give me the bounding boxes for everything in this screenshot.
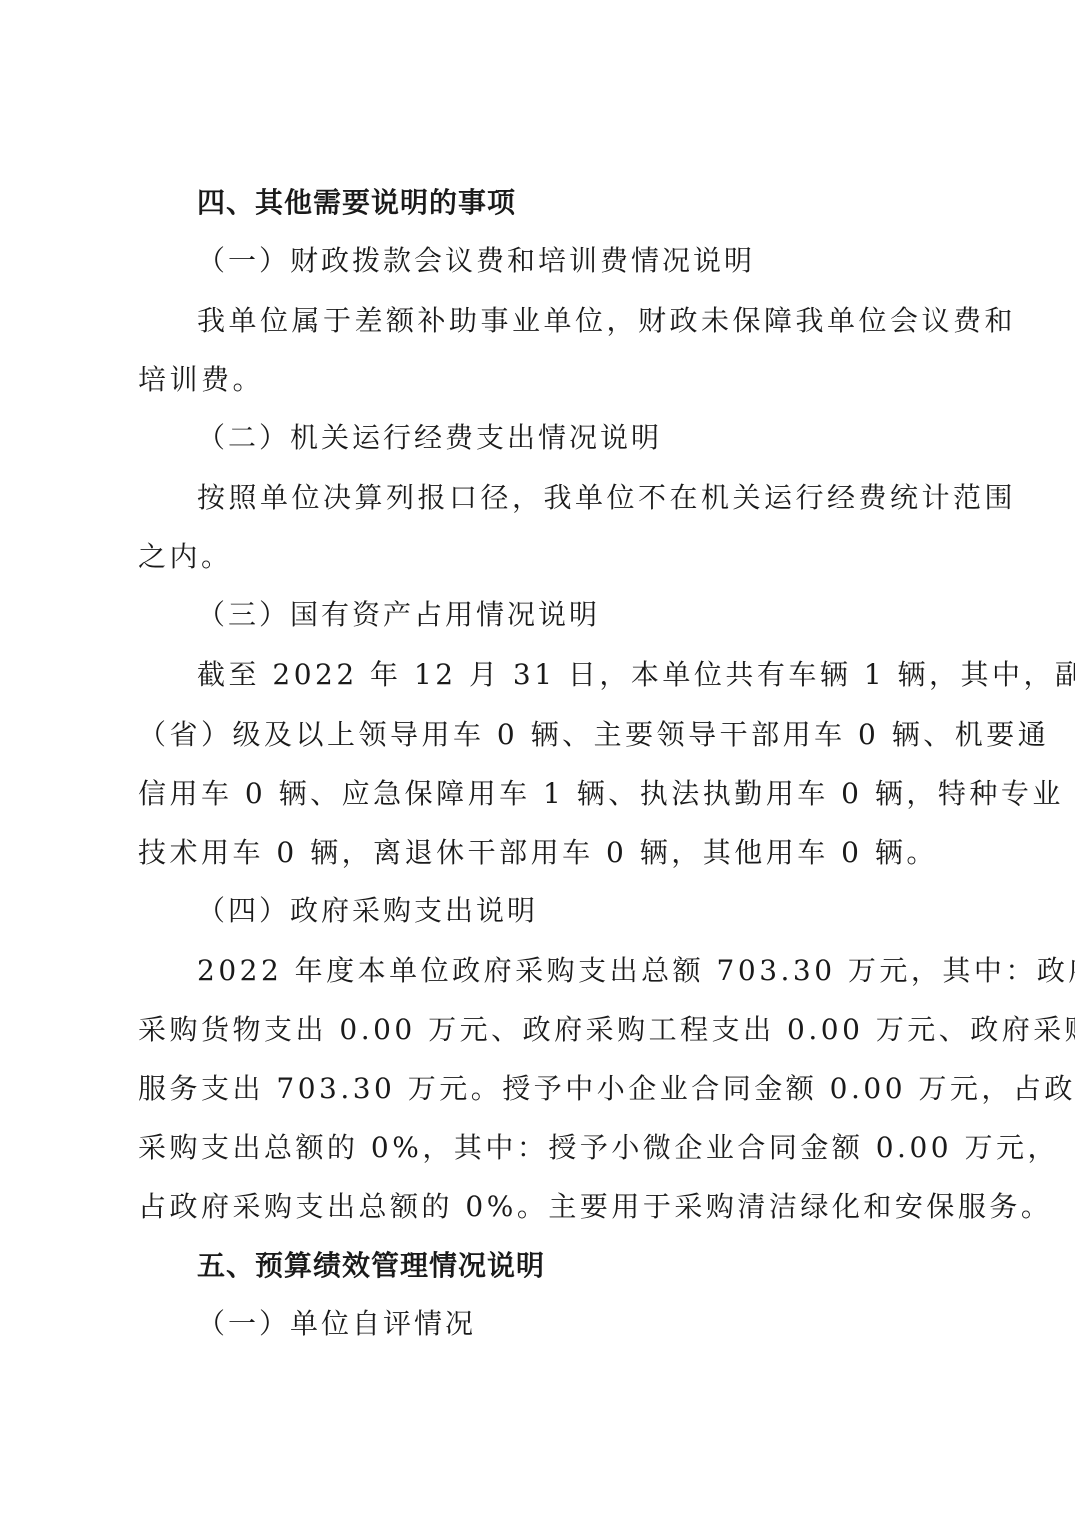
paragraph-line: 采购支出总额的 0%，其中：授予小微企业合同金额 0.00 万元， [138, 1128, 950, 1168]
section-heading-5: 五、预算绩效管理情况说明 [197, 1246, 545, 1286]
paragraph-line: 2022 年度本单位政府采购支出总额 703.30 万元，其中：政府 [197, 951, 962, 991]
paragraph-line: 按照单位决算列报口径，我单位不在机关运行经费统计范围 [197, 478, 962, 518]
paragraph-line: 技术用车 0 辆，离退休干部用车 0 辆，其他用车 0 辆。 [138, 833, 938, 873]
subsection-heading-4-2: （二）机关运行经费支出情况说明 [197, 418, 662, 458]
subsection-heading-4-1: （一）财政拨款会议费和培训费情况说明 [197, 241, 755, 281]
paragraph-line: 服务支出 703.30 万元。授予中小企业合同金额 0.00 万元，占政府 [138, 1069, 962, 1109]
subsection-heading-4-3: （三）国有资产占用情况说明 [197, 595, 600, 635]
subsection-heading-4-4: （四）政府采购支出说明 [197, 891, 538, 931]
paragraph-line: 截至 2022 年 12 月 31 日，本单位共有车辆 1 辆，其中，副部 [197, 655, 962, 695]
paragraph-line: 我单位属于差额补助事业单位，财政未保障我单位会议费和 [197, 301, 962, 341]
subsection-heading-5-1: （一）单位自评情况 [197, 1304, 476, 1344]
document-page: 四、其他需要说明的事项 （一）财政拨款会议费和培训费情况说明 我单位属于差额补助… [0, 0, 1075, 1521]
section-heading-4: 四、其他需要说明的事项 [197, 183, 516, 223]
paragraph-line: 信用车 0 辆、应急保障用车 1 辆、执法执勤用车 0 辆，特种专业 [138, 774, 962, 814]
paragraph-line: （省）级及以上领导用车 0 辆、主要领导干部用车 0 辆、机要通 [138, 715, 962, 755]
paragraph-line: 占政府采购支出总额的 0%。主要用于采购清洁绿化和安保服务。 [138, 1187, 976, 1227]
paragraph-line: 培训费。 [138, 360, 264, 400]
paragraph-line: 之内。 [138, 537, 233, 577]
paragraph-line: 采购货物支出 0.00 万元、政府采购工程支出 0.00 万元、政府采购 [138, 1010, 962, 1050]
